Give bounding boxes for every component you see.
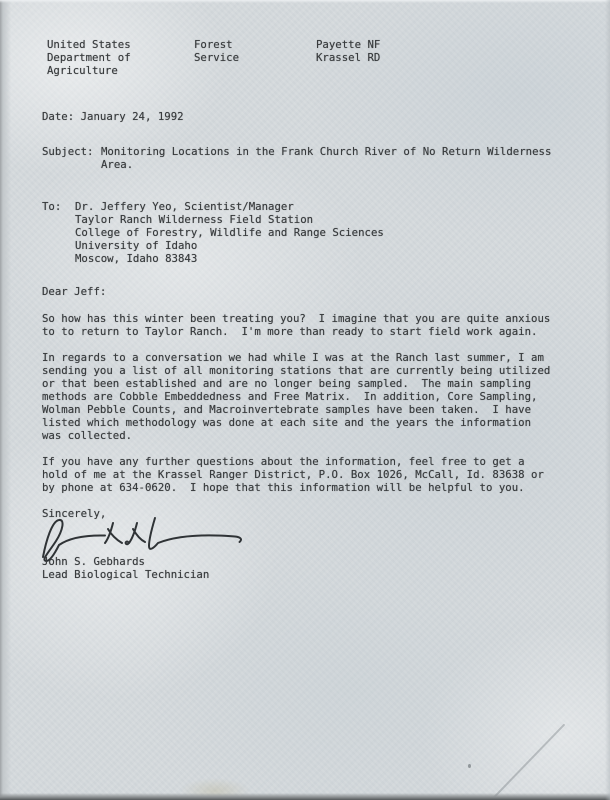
letterhead: United States Department of Agriculture … [47,38,582,77]
letterhead-service: Forest Service [194,38,316,77]
body-line: was collected. [42,429,582,442]
body-line: listed which methodology was done at eac… [42,416,582,429]
body-line: by phone at 634-0620. I hope that this i… [42,481,582,494]
body-paragraph-2: In regards to a conversation we had whil… [42,351,582,442]
subject-line: Area. [101,158,551,171]
letter-content: United States Department of Agriculture … [0,0,610,581]
body-line: Wolman Pebble Counts, and Macroinvertebr… [42,403,582,416]
signer-title: Lead Biological Technician [42,568,582,581]
subject-text: Monitoring Locations in the Frank Church… [101,145,551,171]
letterhead-office: Payette NF Krassel RD [316,38,380,77]
body-paragraph-1: So how has this winter been treating you… [42,312,582,338]
letterhead-office-line: Payette NF [316,38,380,51]
body-line: If you have any further questions about … [42,455,582,468]
scanned-letter-page: United States Department of Agriculture … [0,0,610,800]
body-line: or that been established and are no long… [42,377,582,390]
recipient-line: Moscow, Idaho 83843 [75,252,384,265]
body-line: methods are Cobble Embeddedness and Free… [42,390,582,403]
paper-speck [468,764,471,768]
recipient-address: Dr. Jeffery Yeo, Scientist/Manager Taylo… [75,200,384,265]
recipient-block: To: Dr. Jeffery Yeo, Scientist/Manager T… [42,200,582,265]
recipient-label: To: [42,200,75,265]
letterhead-office-line: Krassel RD [316,51,380,64]
body-line: hold of me at the Krassel Ranger Distric… [42,468,582,481]
body-line: sending you a list of all monitoring sta… [42,364,582,377]
letterhead-service-line: Service [194,51,316,64]
recipient-line: College of Forestry, Wildlife and Range … [75,226,384,239]
recipient-line: Dr. Jeffery Yeo, Scientist/Manager [75,200,384,213]
letterhead-agency-line: Department of [47,51,194,64]
page-bottom-edge-shadow [0,793,610,800]
paper-stain [180,778,250,800]
body-line: So how has this winter been treating you… [42,312,582,325]
salutation: Dear Jeff: [42,285,582,298]
letterhead-agency-line: United States [47,38,194,51]
body-line: In regards to a conversation we had whil… [42,351,582,364]
subject-block: Subject: Monitoring Locations in the Fra… [42,145,582,171]
body-paragraph-3: If you have any further questions about … [42,455,582,494]
paper-crease [493,724,565,798]
date-line: Date: January 24, 1992 [42,110,582,123]
recipient-line: Taylor Ranch Wilderness Field Station [75,213,384,226]
signer-name: John S. Gebhards [42,555,582,568]
letterhead-service-line: Forest [194,38,316,51]
subject-line: Monitoring Locations in the Frank Church… [101,145,551,158]
recipient-line: University of Idaho [75,239,384,252]
letterhead-agency-line: Agriculture [47,64,194,77]
letterhead-agency: United States Department of Agriculture [47,38,194,77]
body-line: to to return to Taylor Ranch. I'm more t… [42,325,582,338]
subject-label: Subject: [42,145,101,171]
